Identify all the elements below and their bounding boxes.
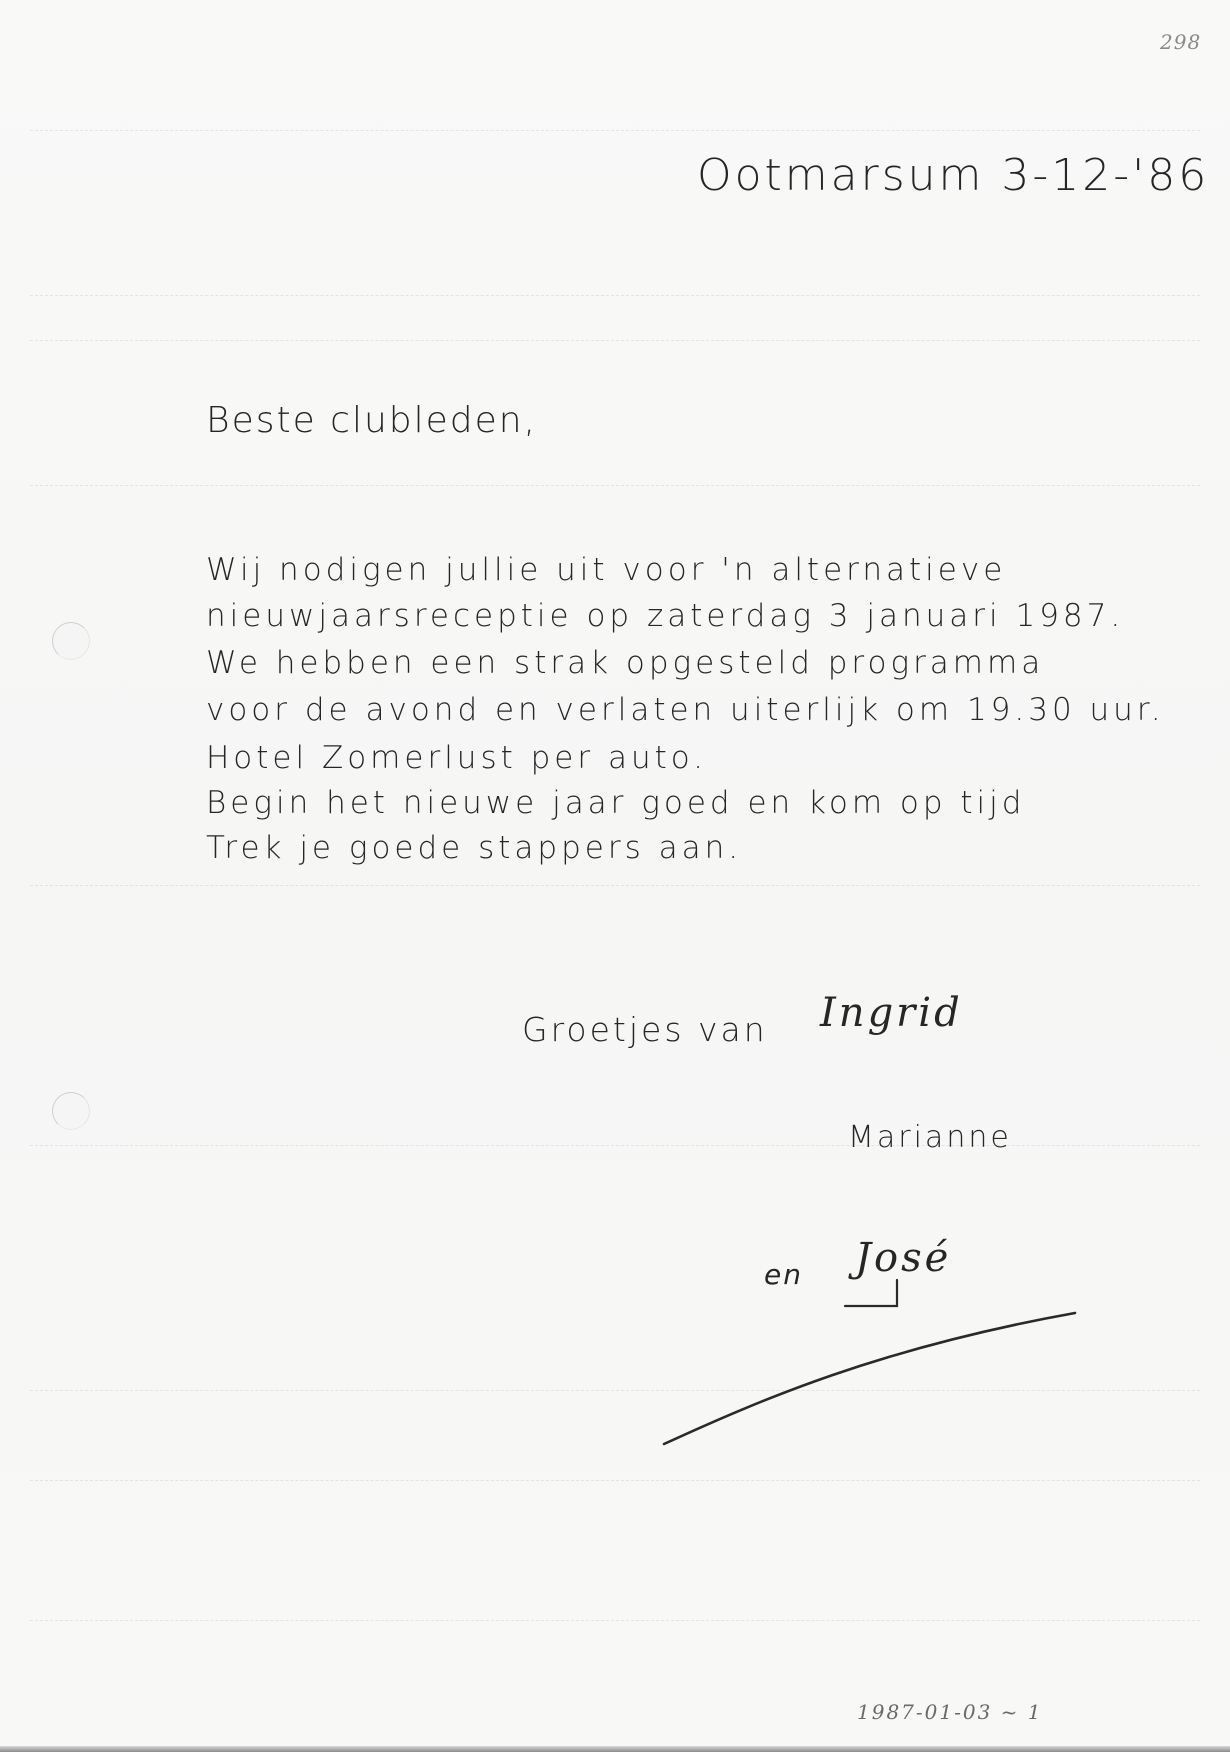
body-line: Begin het nieuwe jaar goed en kom op tij…	[206, 785, 1025, 821]
paper-rule	[30, 885, 1200, 886]
paper-rule	[30, 1390, 1200, 1391]
body-line: We hebben een strak opgesteld programma	[206, 645, 1044, 681]
body-line: voor de avond en verlaten uiterlijk om 1…	[206, 692, 1165, 728]
paper-rule	[30, 340, 1200, 341]
body-line: nieuwjaarsreceptie op zaterdag 3 januari…	[206, 598, 1124, 634]
closing-greeting: Groetjes van	[522, 1010, 768, 1049]
paper-rule	[30, 485, 1200, 486]
scanned-letter-page: 298 Ootmarsum 3-12-'86 Beste clubleden, …	[0, 0, 1230, 1752]
signature-flourish	[0, 0, 1230, 1752]
archive-date-note: 1987-01-03 ~ 1	[857, 1700, 1043, 1724]
signature-ingrid: Ingrid	[820, 990, 963, 1036]
paper-rule	[30, 1480, 1200, 1481]
place-date: Ootmarsum 3-12-'86	[697, 150, 1209, 201]
body-line: Wij nodigen jullie uit voor 'n alternati…	[206, 552, 1006, 588]
paper-rule	[30, 295, 1200, 296]
archive-number: 298	[1160, 30, 1201, 54]
body-line: Hotel Zomerlust per auto.	[206, 740, 707, 776]
body-line: Trek je goede stappers aan.	[206, 830, 742, 866]
punch-hole	[52, 622, 90, 660]
punch-hole	[52, 1092, 90, 1130]
paper-rule	[30, 130, 1200, 131]
signature-jose: José	[855, 1235, 951, 1281]
signature-marianne: Marianne	[848, 1120, 1012, 1155]
signature-conjunction: en	[764, 1258, 803, 1291]
paper-rule	[30, 1145, 1200, 1146]
salutation: Beste clubleden,	[206, 400, 537, 441]
paper-rule	[30, 1620, 1200, 1621]
